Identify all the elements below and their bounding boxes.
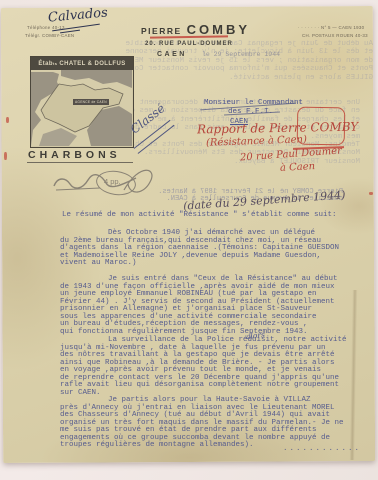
typed-date: le 29 Septembre 1944 — [202, 51, 280, 58]
red-speck-1 — [6, 117, 9, 123]
body-intro: Le résumé de mon activité "Résistance " … — [62, 212, 337, 220]
letterhead-city: CAEN — [157, 51, 187, 58]
logo-name: CHATEL & DOLLFUS — [59, 61, 125, 67]
body-paragraph-2: Je suis entré dans "Ceux de la Résistanc… — [60, 276, 360, 336]
logo-prefix: Étab — [38, 61, 53, 67]
red-note-line-4: à Caen — [280, 161, 316, 174]
red-speck-2 — [4, 152, 7, 160]
body-paragraph-4: Je partis alors pour la Haute-Savoie à V… — [60, 397, 360, 450]
red-note-line-1: Rapport de Pierre COMBY — [197, 120, 358, 137]
red-speck-3 — [369, 192, 373, 195]
logo-sup: ts — [53, 61, 57, 66]
text-line: qui fonctionna régulièrement jusque fin … — [60, 329, 360, 337]
body-paragraph-3: La surveillance de la Police réduisit, n… — [60, 337, 360, 397]
document-scan: Au début de Juin je regagnai Caen le plu… — [0, 0, 378, 480]
trade-underline — [27, 162, 133, 163]
letterhead-phone: Téléphone 40-13 — [27, 25, 65, 31]
logo-map-label: AGENCE de CAEN — [73, 99, 109, 105]
pencil-loop — [120, 160, 160, 200]
body-paragraph-1: Dès Octobre 1940 j'ai démarché avec un d… — [60, 230, 360, 268]
logo-header: Étabts CHATEL & DOLLFUS — [31, 57, 133, 70]
pencil-circle-text: 4 pp. — [104, 177, 121, 186]
text-line: vivent au Maroc.) — [60, 260, 360, 268]
letterhead-telegraph: Télégr. COMBY-CAEN — [25, 33, 74, 39]
end-dots: ............ — [283, 446, 361, 454]
letterhead-rc: · · · · · · · N° 5 — CAEN 1930 — [298, 25, 374, 31]
letterhead-first-name: Pierre — [141, 26, 182, 36]
logo-box: Étabts CHATEL & DOLLFUS AGENCE de CAEN — [30, 56, 134, 148]
text-line: rafle avait lieu qui désorganisa complèt… — [60, 382, 360, 390]
letterhead-street: 20. RUE PAUL-DOUMER — [145, 41, 233, 47]
letterhead-trade: CHARBONS — [28, 149, 121, 161]
letterhead-name: Pierre COMBY — [141, 22, 250, 37]
normandy-map — [31, 70, 132, 146]
letterhead-postal: CH. POSTAUX ROUEN 40-33 — [302, 33, 374, 39]
